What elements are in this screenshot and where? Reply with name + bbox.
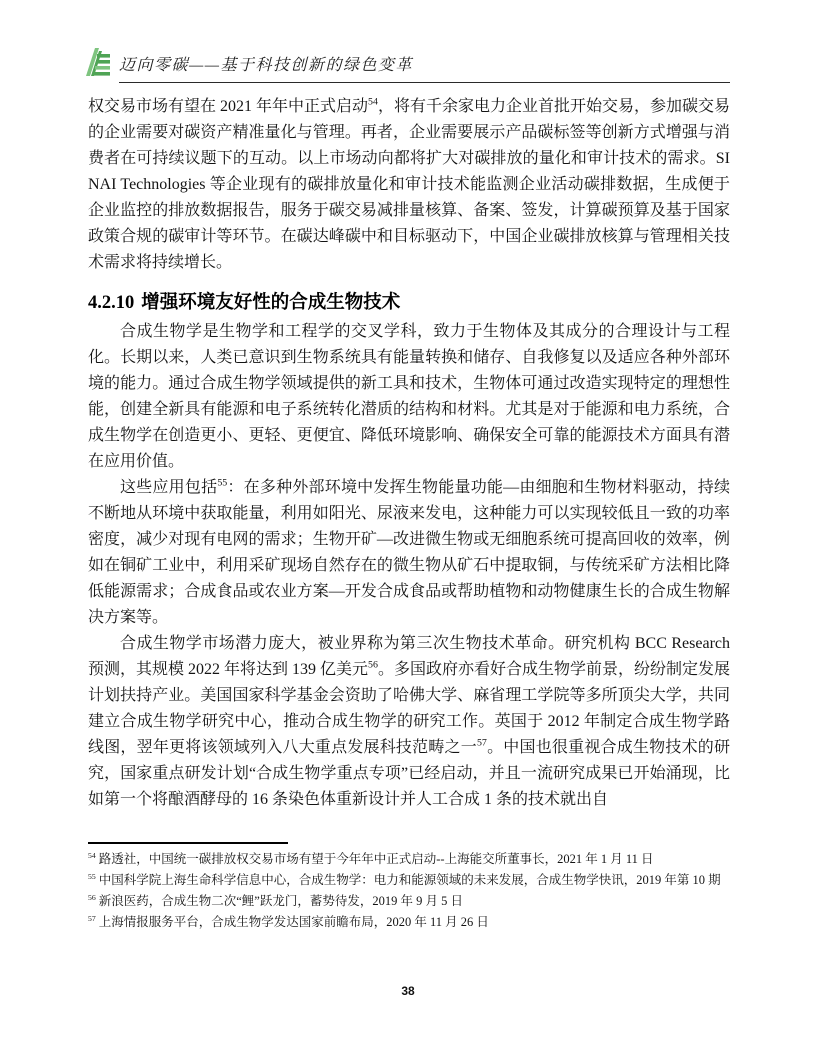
paragraph-synbio-applications: 这些应用包括55：在多种外部环境中发挥生物能量功能—由细胞和生物材料驱动，持续不…	[88, 475, 730, 631]
page-number: 38	[0, 984, 816, 998]
footnote-item: 54路透社，中国统一碳排放权交易市场有望于今年年中正式启动--上海能交所董事长，…	[88, 849, 730, 870]
section-title: 增强环境友好性的合成生物技术	[141, 293, 400, 313]
header-rule: 迈向零碳——基于科技创新的绿色变革	[119, 52, 730, 83]
paragraph-synbio-market: 合成生物学市场潜力庞大，被业界称为第三次生物技术革命。研究机构 BCC Rese…	[88, 631, 730, 813]
footnote-ref: 54	[368, 97, 378, 108]
footnote-marker: 55	[88, 872, 96, 881]
page-header: 迈向零碳——基于科技创新的绿色变革	[86, 46, 730, 83]
footnote-separator	[88, 842, 288, 844]
footnote-marker: 57	[88, 914, 96, 923]
footnote-ref: 57	[477, 738, 487, 749]
section-heading: 4.2.10增强环境友好性的合成生物技术	[88, 290, 730, 316]
paragraph-carbon-trading: 权交易市场有望在 2021 年年中正式启动54，将有千余家电力企业首批开始交易，…	[88, 94, 730, 276]
footnote-ref: 55	[217, 478, 227, 489]
footnote-list: 54路透社，中国统一碳排放权交易市场有望于今年年中正式启动--上海能交所董事长，…	[88, 849, 730, 933]
paragraph-synbio-intro: 合成生物学是生物学和工程学的交叉学科，致力于生物体及其成分的合理设计与工程化。长…	[88, 319, 730, 475]
footnotes-section: 54路透社，中国统一碳排放权交易市场有望于今年年中正式启动--上海能交所董事长，…	[88, 842, 730, 933]
footnote-marker: 56	[88, 893, 96, 902]
brand-logo-icon	[86, 46, 110, 83]
footnote-ref: 56	[368, 660, 378, 671]
footnote-item: 55中国科学院上海生命科学信息中心，合成生物学：电力和能源领域的未来发展，合成生…	[88, 870, 730, 891]
footnote-item: 57上海情报服务平台，合成生物学发达国家前瞻布局，2020 年 11 月 26 …	[88, 912, 730, 933]
footnote-item: 56新浪医药，合成生物二次“鲤”跃龙门，蓄势待发，2019 年 9 月 5 日	[88, 891, 730, 912]
footnote-marker: 54	[88, 851, 96, 860]
document-title: 迈向零碳——基于科技创新的绿色变革	[119, 57, 413, 74]
section-number: 4.2.10	[88, 293, 134, 313]
page-body: 权交易市场有望在 2021 年年中正式启动54，将有千余家电力企业首批开始交易，…	[88, 94, 730, 813]
